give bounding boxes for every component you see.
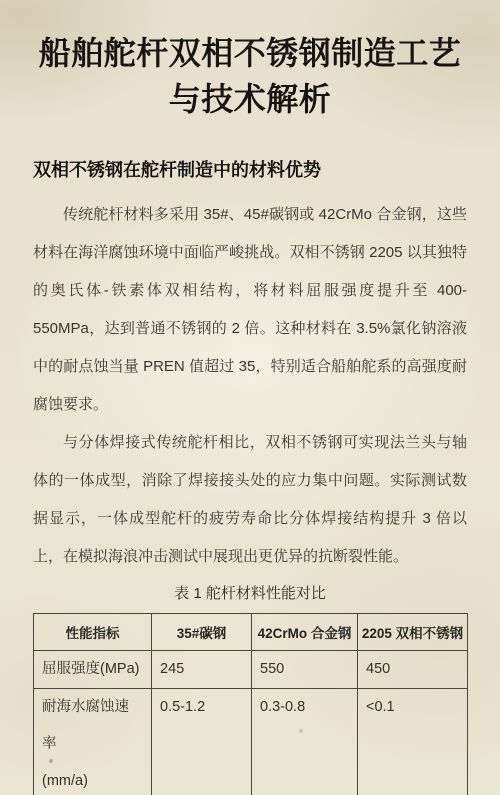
cell-value: 0.3-0.8 — [252, 689, 358, 795]
header-35-carbon-steel: 35#碳钢 — [152, 614, 252, 651]
cell-value: 450 — [358, 651, 468, 689]
page-title: 船舶舵杆双相不锈钢制造工艺 与技术解析 — [33, 30, 467, 122]
cell-row-label: 屈服强度(MPa) — [34, 651, 152, 689]
section-heading: 双相不锈钢在舵杆制造中的材料优势 — [33, 158, 467, 182]
header-42crmo-alloy-steel: 42CrMo 合金钢 — [252, 614, 358, 651]
header-performance-indicator: 性能指标 — [34, 614, 152, 651]
paragraph-integral-forming: 与分体焊接式传统舵杆相比，双相不锈钢可实现法兰头与轴体的一体成型，消除了焊接接头… — [33, 424, 467, 576]
cell-value: 0.5-1.2 — [152, 689, 252, 795]
cell-value: 245 — [152, 651, 252, 689]
materials-comparison-table: 性能指标 35#碳钢 42CrMo 合金钢 2205 双相不锈钢 屈服强度(MP… — [33, 613, 468, 795]
cell-value: 550 — [252, 651, 358, 689]
cell-row-label: 耐海水腐蚀速率 (mm/a) — [34, 689, 152, 795]
cell-value: <0.1 — [358, 689, 468, 795]
table-caption: 表 1 舵杆材料性能对比 — [33, 583, 467, 605]
table-row-corrosion-rate: 耐海水腐蚀速率 (mm/a) 0.5-1.2 0.3-0.8 <0.1 — [34, 689, 468, 795]
table-header-row: 性能指标 35#碳钢 42CrMo 合金钢 2205 双相不锈钢 — [34, 614, 468, 651]
article-page: 船舶舵杆双相不锈钢制造工艺 与技术解析 双相不锈钢在舵杆制造中的材料优势 传统舵… — [0, 0, 500, 795]
header-2205-duplex-steel: 2205 双相不锈钢 — [358, 614, 468, 651]
paragraph-material-advantages: 传统舵杆材料多采用 35#、45#碳钢或 42CrMo 合金钢，这些材料在海洋腐… — [33, 196, 467, 424]
table-row-yield-strength: 屈服强度(MPa) 245 550 450 — [34, 651, 468, 689]
